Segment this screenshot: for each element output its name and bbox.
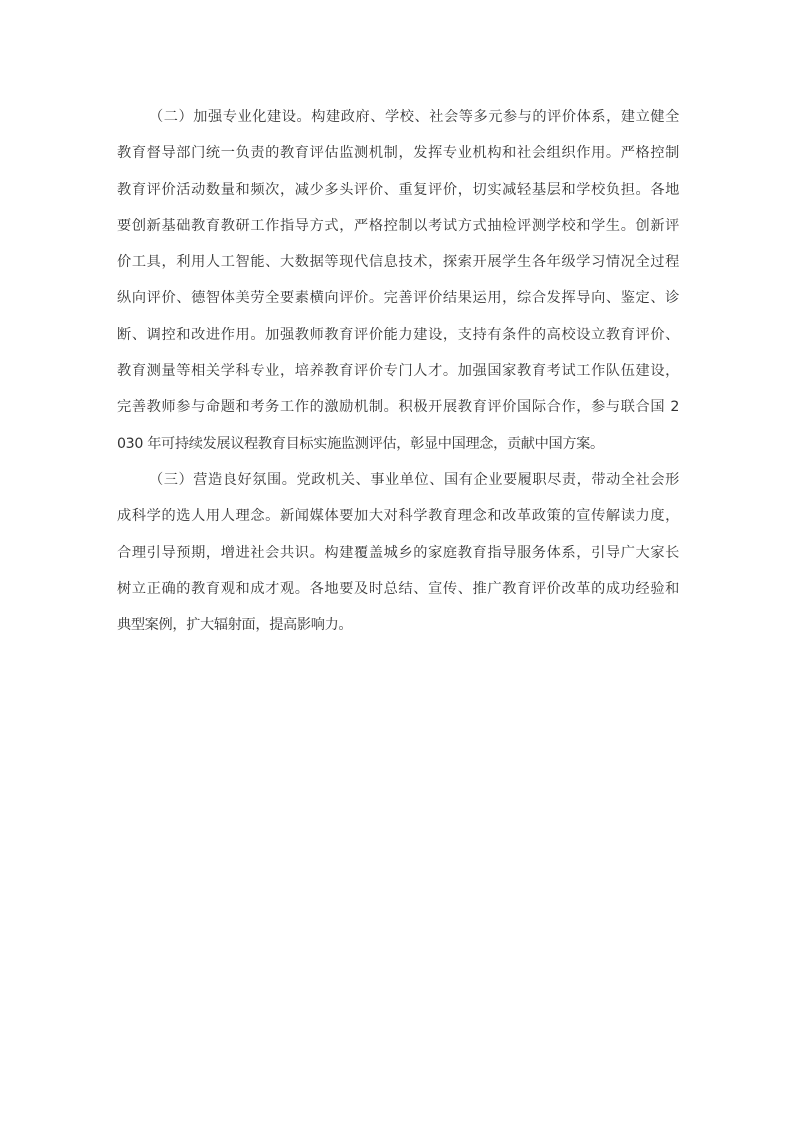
paragraph-atmosphere: （三）营造良好氛围。党政机关、事业单位、国有企业要履职尽责，带动全社会形 成科学… [117, 469, 679, 650]
text-line: （三）营造良好氛围。党政机关、事业单位、国有企业要履职尽责，带动全社会形 [117, 469, 679, 505]
text-line: 典型案例，扩大辐射面，提高影响力。 [117, 614, 679, 650]
text-line: 教育测量等相关学科专业，培养教育评价专门人才。加强国家教育考试工作队伍建设， [117, 360, 679, 396]
text-line: 树立正确的教育观和成才观。各地要及时总结、宣传、推广教育评价改革的成功经验和 [117, 578, 679, 614]
text-line: 完善教师参与命题和考务工作的激励机制。积极开展教育评价国际合作，参与联合国 2 [117, 396, 679, 432]
text-line: 要创新基础教育教研工作指导方式，严格控制以考试方式抽检评测学校和学生。创新评 [117, 215, 679, 251]
text-line: 教育评价活动数量和频次，减少多头评价、重复评价，切实减轻基层和学校负担。各地 [117, 179, 679, 215]
text-line: 断、调控和改进作用。加强教师教育评价能力建设，支持有条件的高校设立教育评价、 [117, 324, 679, 360]
paragraph-professionalization: （二）加强专业化建设。构建政府、学校、社会等多元参与的评价体系，建立健全 教育督… [117, 106, 679, 469]
text-line: 030 年可持续发展议程教育目标实施监测评估，彰显中国理念，贡献中国方案。 [117, 433, 679, 469]
text-line: （二）加强专业化建设。构建政府、学校、社会等多元参与的评价体系，建立健全 [117, 106, 679, 142]
text-line: 纵向评价、德智体美劳全要素横向评价。完善评价结果运用，综合发挥导向、鉴定、诊 [117, 287, 679, 323]
text-line: 成科学的选人用人理念。新闻媒体要加大对科学教育理念和改革政策的宣传解读力度， [117, 505, 679, 541]
text-line: 合理引导预期，增进社会共识。构建覆盖城乡的家庭教育指导服务体系，引导广大家长 [117, 542, 679, 578]
document-page: （二）加强专业化建设。构建政府、学校、社会等多元参与的评价体系，建立健全 教育督… [117, 106, 679, 650]
text-line: 教育督导部门统一负责的教育评估监测机制，发挥专业机构和社会组织作用。严格控制 [117, 142, 679, 178]
text-line: 价工具，利用人工智能、大数据等现代信息技术，探索开展学生各年级学习情况全过程 [117, 251, 679, 287]
